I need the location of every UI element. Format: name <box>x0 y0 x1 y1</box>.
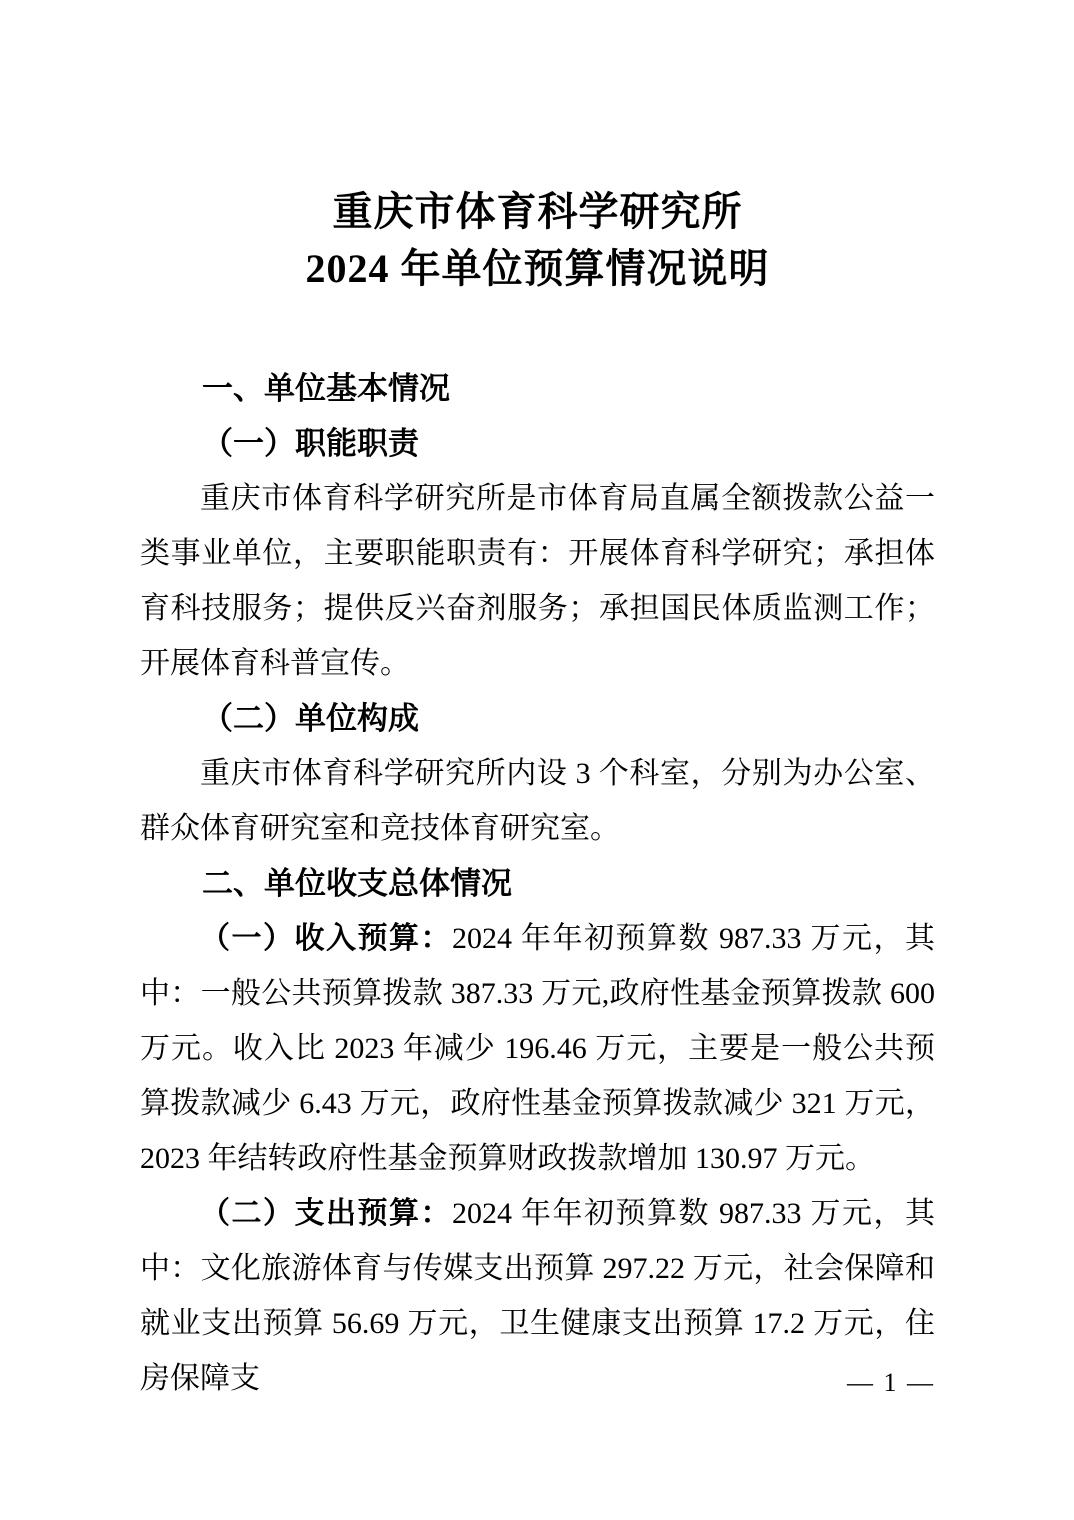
subsection-1-1-heading: （一）职能职责 <box>140 416 935 471</box>
document-page: 重庆市体育科学研究所 2024 年单位预算情况说明 一、单位基本情况 （一）职能… <box>0 0 1074 1520</box>
income-budget-text: 2024 年年初预算数 987.33 万元，其中：一般公共预算拨款 387.33… <box>140 922 935 1175</box>
paragraph-expenditure-budget: （二）支出预算：2024 年年初预算数 987.33 万元，其中：文化旅游体育与… <box>140 1186 935 1406</box>
expenditure-budget-label: （二）支出预算： <box>200 1197 452 1230</box>
section-1-heading: 一、单位基本情况 <box>140 361 935 416</box>
title-line-2: 2024 年单位预算情况说明 <box>140 240 935 297</box>
paragraph-functions-duties: 重庆市体育科学研究所是市体育局直属全额拨款公益一类事业单位，主要职能职责有：开展… <box>140 471 935 691</box>
page-number: — 1 — <box>847 1368 935 1398</box>
document-body: 一、单位基本情况 （一）职能职责 重庆市体育科学研究所是市体育局直属全额拨款公益… <box>140 361 935 1406</box>
section-2-heading: 二、单位收支总体情况 <box>140 856 935 911</box>
document-title: 重庆市体育科学研究所 2024 年单位预算情况说明 <box>140 0 935 297</box>
income-budget-label: （一）收入预算： <box>200 922 452 955</box>
title-line-1: 重庆市体育科学研究所 <box>140 183 935 240</box>
paragraph-income-budget: （一）收入预算：2024 年年初预算数 987.33 万元，其中：一般公共预算拨… <box>140 911 935 1186</box>
subsection-1-2-heading: （二）单位构成 <box>140 691 935 746</box>
paragraph-unit-composition: 重庆市体育科学研究所内设 3 个科室，分别为办公室、群众体育研究室和竞技体育研究… <box>140 746 935 856</box>
